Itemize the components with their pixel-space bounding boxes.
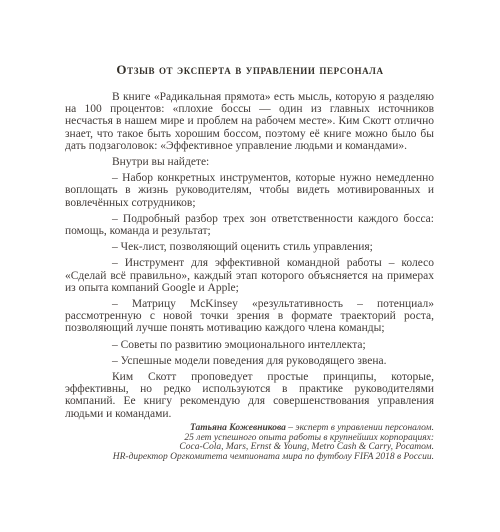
signature-block: Татьяна Кожевникова – эксперт в управлен… bbox=[65, 424, 434, 463]
closing-paragraph: Ким Скотт проповедует простые принципы, … bbox=[65, 371, 434, 420]
signature-name: Татьяна Кожевникова bbox=[190, 423, 286, 433]
bullet-item: – Подробный разбор трех зон ответственно… bbox=[65, 213, 434, 237]
bullet-item: – Набор конкретных инструментов, которые… bbox=[65, 172, 434, 209]
bullet-item: – Матрицу McKinsey «результативность – п… bbox=[65, 298, 434, 335]
page-content: В книге «Радикальная прямота» есть мысль… bbox=[65, 91, 434, 463]
intro-paragraph: В книге «Радикальная прямота» есть мысль… bbox=[65, 91, 434, 152]
signature-name-suffix: – эксперт в управлении персоналом. bbox=[286, 423, 434, 433]
inside-lead: Внутри вы найдете: bbox=[65, 156, 434, 168]
signature-line: HR-директор Оргкомитета чемпионата мира … bbox=[65, 453, 434, 463]
bullet-item: – Чек-лист, позволяющий оценить стиль уп… bbox=[65, 241, 434, 253]
bullet-item: – Успешные модели поведения для руководя… bbox=[65, 355, 434, 367]
bullet-item: – Советы по развитию эмоционального инте… bbox=[65, 339, 434, 351]
book-page: Отзыв от эксперта в управлении персонала… bbox=[0, 0, 500, 532]
page-title: Отзыв от эксперта в управлении персонала bbox=[30, 62, 470, 78]
bullet-item: – Инструмент для эффективной командной р… bbox=[65, 257, 434, 294]
